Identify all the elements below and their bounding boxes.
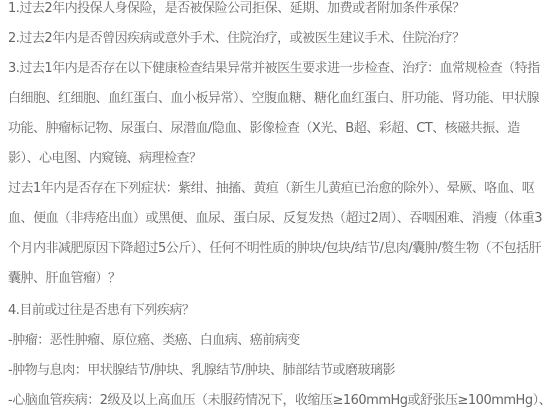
question-4: 4.目前或过往是否患有下列疾病？ [8,296,550,326]
question-1-line-1: 1.过去2年内投保人身保险，是否被保险公司拒保、延期、加费或者附加条件承保？ [8,0,550,24]
question-3-line-3: 功能、肿瘤标记物、尿蛋白、尿潜血/隐血、影像检查（X光、B超、彩超、CT、核磁共… [8,114,550,144]
question-4-item-cardiovascular-line-1: -心脑血管疾病：2级及以上高血压（未服药情况下，收缩压≥160mmHg或舒张压≥… [8,386,550,414]
question-4-item-mass-polyp-line-1: -肿物与息肉：甲状腺结节/肿块、乳腺结节/肿块、肺部结节或磨玻璃影 [8,356,550,386]
question-3-symptoms-line-2: 血、便血（非痔疮出血）或黑便、血尿、蛋白尿、反复发热（超过2周）、吞咽困难、消瘦… [8,204,550,234]
question-2: 2.过去2年内是否曾因疾病或意外手术、住院治疗，或被医生建议手术、住院治疗？ [8,24,550,54]
question-3-symptoms-line-1: 过去1年内是否存在下列症状：紫绀、抽搐、黄疸（新生儿黄疸已治愈的除外）、晕厥、咯… [8,174,550,204]
question-3-line-4: 影）、心电图、内窥镜、病理检查？ [8,144,550,174]
question-4-item-tumor: -肿瘤：恶性肿瘤、原位癌、类癌、白血病、癌前病变 [8,326,550,356]
question-1: 1.过去2年内投保人身保险，是否被保险公司拒保、延期、加费或者附加条件承保？ [8,0,550,24]
health-questionnaire-document: 1.过去2年内投保人身保险，是否被保险公司拒保、延期、加费或者附加条件承保？ 2… [0,0,554,414]
question-3-line-2: 白细胞、红细胞、血红蛋白、血小板异常）、空腹血糖、糖化血红蛋白、肝功能、肾功能、… [8,84,550,114]
question-3-line-1: 3.过去1年内是否存在以下健康检查结果异常并被医生要求进一步检查、治疗：血常规检… [8,54,550,84]
question-2-line-1: 2.过去2年内是否曾因疾病或意外手术、住院治疗，或被医生建议手术、住院治疗？ [8,24,550,54]
question-4-line-1: 4.目前或过往是否患有下列疾病？ [8,296,550,326]
question-4-item-mass-polyp: -肿物与息肉：甲状腺结节/肿块、乳腺结节/肿块、肺部结节或磨玻璃影 [8,356,550,386]
question-3: 3.过去1年内是否存在以下健康检查结果异常并被医生要求进一步检查、治疗：血常规检… [8,54,550,174]
question-3-symptoms-line-4: 囊肿、肝血管瘤）？ [8,264,550,294]
question-3-symptoms: 过去1年内是否存在下列症状：紫绀、抽搐、黄疸（新生儿黄疸已治愈的除外）、晕厥、咯… [8,174,550,294]
question-3-symptoms-line-3: 个月内非减肥原因下降超过5公斤）、任何不明性质的肿块/包块/结节/息肉/囊肿/赘… [8,234,550,264]
question-4-item-cardiovascular: -心脑血管疾病：2级及以上高血压（未服药情况下，收缩压≥160mmHg或舒张压≥… [8,386,550,414]
question-4-item-tumor-line-1: -肿瘤：恶性肿瘤、原位癌、类癌、白血病、癌前病变 [8,326,550,356]
